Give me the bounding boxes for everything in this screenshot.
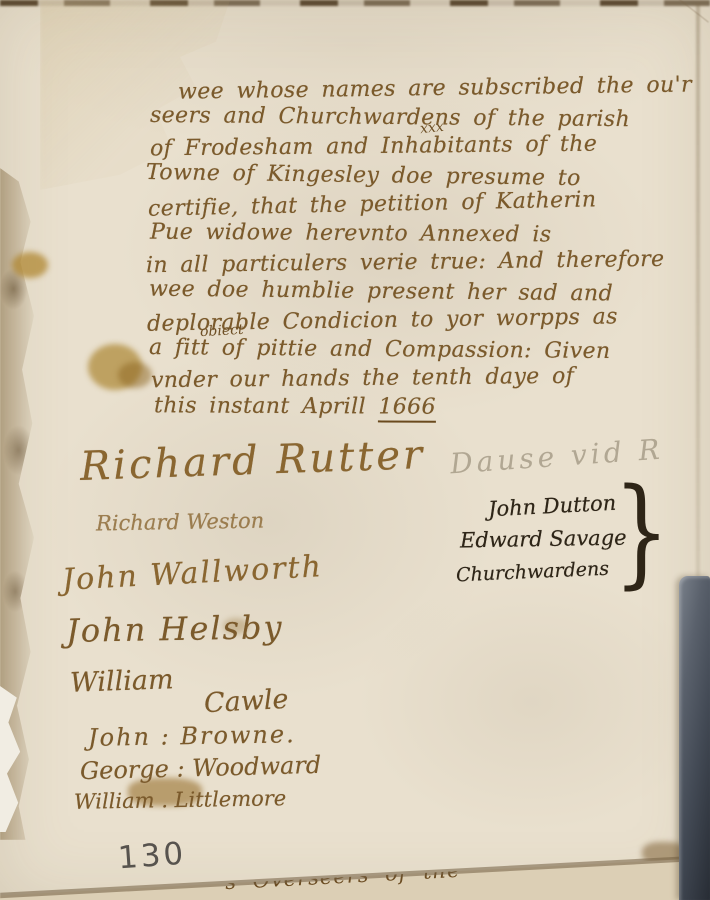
metal-clip bbox=[679, 576, 710, 900]
body-line: wee doe humblie present her sad and bbox=[149, 277, 613, 307]
body-line: vnder our hands the tenth daye of bbox=[151, 364, 574, 393]
page-right-edge bbox=[696, 4, 700, 579]
signature-richard-weston: Richard Weston bbox=[96, 509, 265, 536]
body-line: of Frodesham and Inhabitants of the bbox=[150, 132, 597, 162]
signature-william-cawle-first: William bbox=[69, 664, 174, 699]
churchwardens-brace: } bbox=[613, 472, 669, 590]
folio-number-pencil: 130 bbox=[117, 836, 188, 877]
body-line: Towne of Kingesley doe presume to bbox=[146, 160, 581, 191]
ochre-stain bbox=[12, 252, 48, 278]
body-line: in all particulers verie true: And there… bbox=[146, 247, 665, 278]
body-line: Pue widowe herevnto Annexed is bbox=[150, 220, 552, 248]
closing-date-line: this instant Aprill 1666 bbox=[154, 393, 436, 419]
manuscript-page: wee whose names are subscribed the ou'r … bbox=[0, 0, 710, 900]
signature-william-cawle-last: Cawle bbox=[203, 684, 289, 719]
signature-john-browne: John : Browne. bbox=[88, 720, 296, 752]
ochre-stain bbox=[118, 362, 152, 388]
year-1666: 1666 bbox=[378, 394, 436, 422]
signature-john-helsby: John Helsby bbox=[66, 608, 284, 650]
body-line: certifie, that the petition of Katherin bbox=[148, 187, 597, 221]
signature-george-woodward: George : Woodward bbox=[80, 751, 322, 785]
body-line: wee whose names are subscribed the ou'r bbox=[178, 72, 692, 104]
signature-edward-savage: Edward Savage bbox=[460, 526, 627, 553]
body-line: seers and Churchwardens of the parish bbox=[150, 103, 630, 132]
signature-william-littlemore: William . Littlemore bbox=[74, 786, 287, 814]
signature-richard-rutter: Richard Rutter bbox=[79, 432, 426, 490]
manuscript-photo: wee whose names are subscribed the ou'r … bbox=[0, 0, 710, 900]
body-line: a fitt of pittie and Compassion: Given bbox=[149, 335, 611, 364]
signature-john-dutton: John Dutton bbox=[487, 491, 616, 522]
closing-prefix: this instant Aprill bbox=[154, 393, 366, 419]
signature-john-wallworth: John Wallworth bbox=[61, 549, 324, 598]
churchwardens-label: Churchwardens bbox=[456, 558, 610, 587]
